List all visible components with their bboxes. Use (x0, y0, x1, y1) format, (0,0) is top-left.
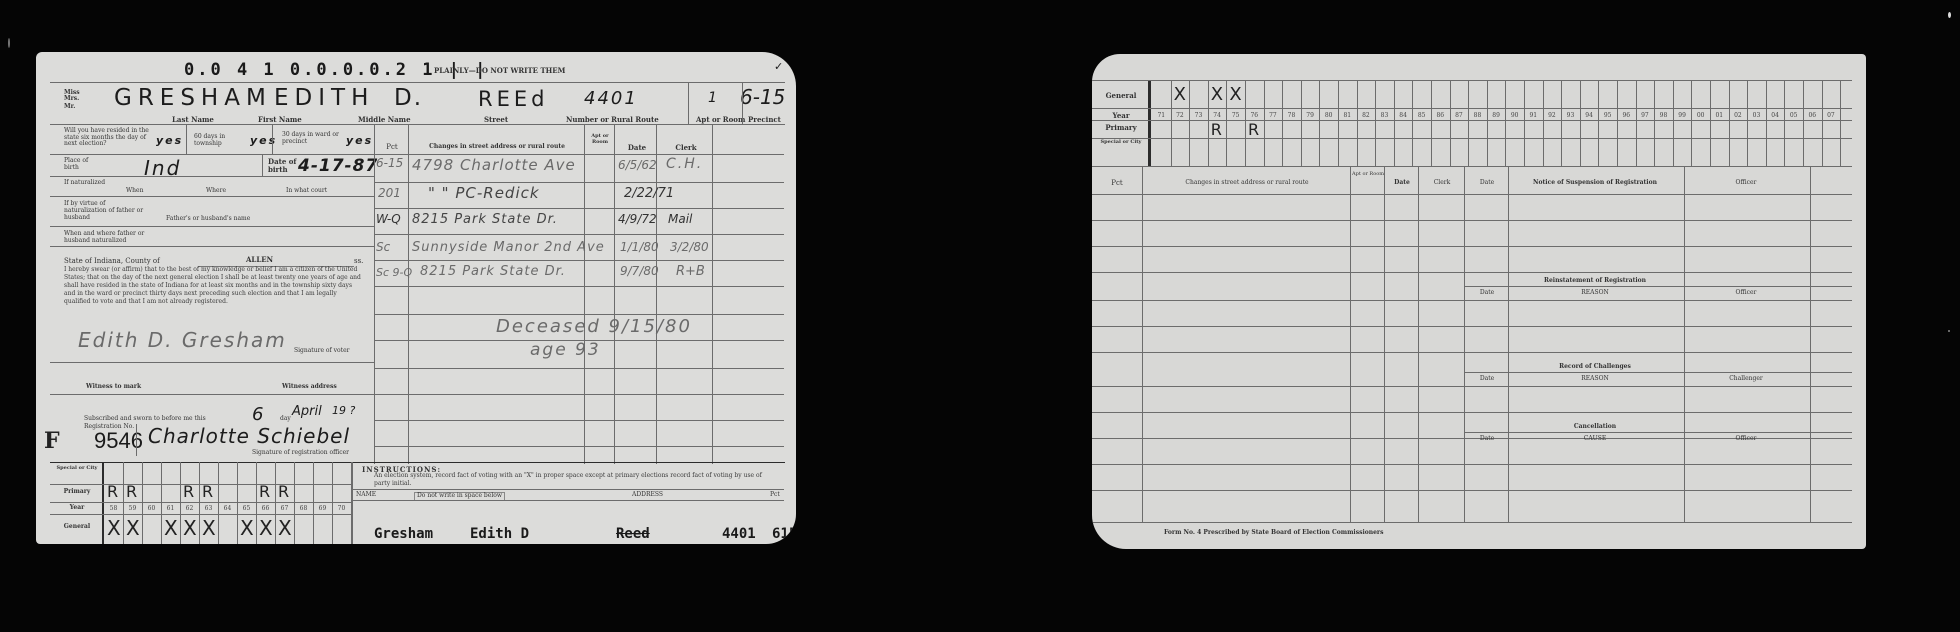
general-vote-mark: X (1174, 84, 1186, 105)
ss-label: ss. (354, 258, 363, 266)
general-vote-mark: X (183, 516, 197, 540)
salutation-mr: Mr. (64, 104, 75, 111)
ward-question: 30 days in ward or precinct (282, 132, 342, 145)
registration-card-front: 0.0 4 1 0.0.0.0.2 1 | | PLAINLY—DO NOT W… (36, 52, 796, 544)
back-grid-year: 79 (1301, 112, 1320, 119)
changes-header-date: Date (618, 144, 656, 152)
back-grid-year: 94 (1580, 112, 1599, 119)
front-grid-year: 60 (142, 505, 161, 512)
front-grid-year: 70 (332, 505, 351, 512)
front-grid-label-primary: Primary (54, 489, 100, 496)
change-row-4-address: Sunnyside Manor 2nd Ave (412, 240, 605, 255)
front-grid-label-special: Special or City (54, 466, 100, 472)
back-grid-year: 07 (1822, 112, 1841, 119)
back-grid-label-special: Special or City (1096, 140, 1146, 146)
front-grid-year: 69 (313, 505, 332, 512)
front-grid-year: 68 (294, 505, 313, 512)
county-value: ALLEN (246, 256, 273, 264)
suspension-header-officer: Officer (1686, 180, 1806, 187)
back-grid-year: 71 (1152, 112, 1171, 119)
front-grid-label-year: Year (54, 505, 100, 512)
reinstatement-header-reason: REASON (1510, 290, 1680, 297)
general-vote-mark: X (1229, 84, 1241, 105)
year-value: 19 ? (332, 404, 355, 417)
back-grid-label-general: General (1096, 92, 1146, 100)
day-label: day (280, 416, 291, 423)
back-grid-year: 74 (1208, 112, 1227, 119)
first-name-value: EDITH (274, 85, 374, 111)
typed-first-middle: Edith D (470, 526, 529, 542)
back-grid-year: 88 (1468, 112, 1487, 119)
back-grid-year: 03 (1747, 112, 1766, 119)
challenges-header-reason: REASON (1510, 376, 1680, 383)
back-grid-year: 89 (1487, 112, 1506, 119)
change-row-5-clerk: R+B (676, 264, 705, 279)
suspension-header-notice: Notice of Suspension of Registration (1510, 180, 1680, 187)
scan-artifact (1948, 12, 1951, 18)
back-grid-year: 87 (1450, 112, 1469, 119)
check-mark: ✓ (774, 60, 783, 73)
month-value: April (292, 404, 322, 419)
back-changes-header-clerk: Clerk (1420, 180, 1464, 187)
front-grid-year: 65 (237, 505, 256, 512)
naturalized-court-label: In what court (286, 188, 327, 195)
front-grid-year: 63 (199, 505, 218, 512)
oath-text: I hereby swear (or affirm) that to the b… (64, 266, 364, 306)
back-grid-label-primary: Primary (1096, 124, 1146, 132)
change-row-2-address: " " PC-Redick (428, 184, 540, 202)
change-row-4-clerk: 3/2/80 (670, 240, 709, 254)
age-annotation: age 93 (530, 340, 601, 360)
apt-label: Apt or Room (696, 116, 745, 124)
street-label: Street (484, 116, 508, 124)
front-grid-year: 62 (180, 505, 199, 512)
cancellation-header-cause: CAUSE (1510, 436, 1680, 443)
primary-vote-mark: R (1248, 120, 1259, 139)
typed-last-name: Gresham (374, 526, 433, 542)
change-row-1-date: 6/5/62 (618, 158, 657, 172)
back-grid-year: 83 (1375, 112, 1394, 119)
general-vote-mark: X (202, 516, 216, 540)
back-grid-year: 92 (1543, 112, 1562, 119)
changes-header-clerk: Clerk (660, 144, 712, 152)
back-changes-header-address: Changes in street address or rural route (1144, 180, 1350, 187)
front-grid-year: 59 (123, 505, 142, 512)
back-grid-year: 91 (1524, 112, 1543, 119)
scan-artifact (1948, 330, 1950, 332)
cancellation-header-officer: Officer (1686, 436, 1806, 443)
birth-place-label: Place of birth (64, 158, 104, 171)
witness-address-label: Witness address (282, 384, 337, 391)
parent-naturalization-label: If by virtue of naturalization of father… (64, 200, 144, 221)
form-footer: Form No. 4 Prescribed by State Board of … (1164, 530, 1383, 537)
parent-name-label: Father's or husband's name (166, 216, 250, 223)
change-row-3-clerk: Mail (668, 212, 692, 226)
back-grid-year: 00 (1691, 112, 1710, 119)
scan-artifact (8, 38, 10, 48)
general-vote-mark: X (1211, 84, 1223, 105)
birth-date-label: Date of birth (268, 158, 298, 173)
change-row-4-date: 1/1/80 (620, 240, 659, 254)
cancellation-title: Cancellation (1510, 424, 1680, 431)
front-grid-label-general: General (54, 524, 100, 531)
naturalized-when-label: When (126, 188, 143, 195)
front-grid-year: 61 (161, 505, 180, 512)
back-grid-year: 06 (1803, 112, 1822, 119)
back-grid-year: 73 (1189, 112, 1208, 119)
primary-vote-mark: R (278, 482, 289, 501)
back-changes-header-pct: Pct (1092, 180, 1142, 188)
changes-header-address: Changes in street address or rural route (412, 144, 582, 151)
back-grid-year: 81 (1338, 112, 1357, 119)
back-grid-year: 02 (1729, 112, 1748, 119)
voter-signature-label: Signature of voter (294, 348, 350, 355)
primary-vote-mark: R (259, 482, 270, 501)
change-row-1-address: 4798 Charlotte Ave (412, 156, 576, 174)
apt-value: 1 (708, 90, 719, 106)
primary-vote-mark: R (107, 482, 118, 501)
house-number-value: 4401 (584, 88, 638, 109)
back-grid-year: 76 (1245, 112, 1264, 119)
change-row-4-pct: Sc (376, 240, 390, 254)
street-value: REEd (478, 87, 548, 111)
back-grid-year: 97 (1636, 112, 1655, 119)
letter-code: F (44, 428, 60, 454)
back-grid-year: 85 (1412, 112, 1431, 119)
back-grid-year: 95 (1598, 112, 1617, 119)
back-grid-year: 80 (1319, 112, 1338, 119)
general-vote-mark: X (278, 516, 292, 540)
naturalized-where-label: Where (206, 188, 226, 195)
typed-precinct: 615 (772, 526, 796, 542)
front-grid-year: 66 (256, 505, 275, 512)
back-grid-year: 93 (1561, 112, 1580, 119)
change-row-3-date: 4/9/72 (618, 212, 657, 226)
general-vote-mark: X (107, 516, 121, 540)
reinstatement-title: Reinstatement of Registration (1510, 278, 1680, 285)
changes-header-pct: Pct (376, 144, 408, 152)
suspension-header-date: Date (1466, 180, 1508, 187)
front-grid-year: 67 (275, 505, 294, 512)
day-value: 6 (252, 404, 265, 425)
general-vote-mark: X (126, 516, 140, 540)
challenges-title: Record of Challenges (1510, 364, 1680, 371)
witness-label: Witness to mark (86, 384, 141, 391)
precinct-value: 6-15 (740, 85, 785, 109)
back-grid-year: 05 (1784, 112, 1803, 119)
back-grid-year: 04 (1766, 112, 1785, 119)
change-row-5-pct: Sc 9-Q (376, 266, 412, 279)
primary-vote-mark: R (183, 482, 194, 501)
back-grid-year: 77 (1264, 112, 1283, 119)
typed-street: Reed (616, 526, 650, 542)
back-grid-year: 01 (1710, 112, 1729, 119)
typed-number: 4401 (722, 526, 756, 542)
back-grid-year: 96 (1617, 112, 1636, 119)
naturalized-label: If naturalized (64, 180, 105, 187)
change-row-2-pct: 201 (378, 186, 401, 200)
back-grid-year: 78 (1282, 112, 1301, 119)
back-grid-year: 84 (1394, 112, 1413, 119)
general-vote-mark: X (240, 516, 254, 540)
printed-notice: PLAINLY—DO NOT WRITE THEM (434, 67, 565, 75)
footer-label-address: ADDRESS (632, 492, 663, 499)
back-grid-year: 99 (1673, 112, 1692, 119)
change-row-5-address: 8215 Park State Dr. (420, 264, 566, 279)
back-changes-header-apt: Apt or Room (1352, 172, 1384, 178)
footer-label-pct: Pct (770, 492, 780, 499)
state-residency-question: Will you have resided in the state six m… (64, 128, 154, 148)
footer-label-name: NAME (356, 492, 376, 499)
registration-card-back: General Year Primary Special or City 717… (1092, 54, 1866, 549)
primary-vote-mark: R (1211, 120, 1222, 139)
subscribed-label: Subscribed and sworn to before me this (84, 416, 206, 423)
front-grid-year: 58 (104, 505, 123, 512)
state-county-label: State of Indiana, County of (64, 258, 160, 266)
township-answer: yes (250, 134, 277, 147)
middle-name-value: D. (394, 85, 423, 111)
change-row-5-date: 9/7/80 (620, 264, 659, 278)
change-row-3-pct: W-Q (376, 212, 401, 226)
voter-signature: Edith D. Gresham (78, 328, 287, 352)
changes-header-apt: Apt or Room (586, 134, 614, 145)
reinstatement-header-date: Date (1466, 290, 1508, 297)
ward-answer: yes (346, 134, 373, 147)
last-name-label: Last Name (172, 116, 214, 124)
salutation-mrs: Mrs. (64, 96, 79, 103)
back-grid-year: 75 (1226, 112, 1245, 119)
challenges-header-challenger: Challenger (1686, 376, 1806, 383)
back-changes-header-date: Date (1386, 180, 1418, 187)
instructions-text: An election system, record fact of votin… (374, 472, 774, 488)
back-grid-year: 82 (1357, 112, 1376, 119)
change-row-2-date: 2/22/71 (624, 186, 674, 201)
precinct-label: Precinct (748, 116, 781, 124)
last-name-value: GRESHAM (114, 85, 272, 111)
general-vote-mark: X (259, 516, 273, 540)
back-grid-year: 86 (1431, 112, 1450, 119)
number-label: Number or Rural Route (566, 116, 659, 124)
primary-vote-mark: R (126, 482, 137, 501)
officer-signature: Charlotte Schiebel (148, 424, 350, 448)
back-grid-year: 98 (1654, 112, 1673, 119)
change-row-1-pct: 6-15 (376, 156, 403, 170)
birth-date-value: 4-17-87 (298, 156, 378, 176)
reinstatement-header-officer: Officer (1686, 290, 1806, 297)
back-grid-label-year: Year (1096, 112, 1146, 120)
front-grid-year: 64 (218, 505, 237, 512)
parent-when-label: When and where father or husband natural… (64, 230, 154, 244)
change-row-3-address: 8215 Park State Dr. (412, 212, 558, 227)
middle-name-label: Middle Name (358, 116, 411, 124)
challenges-header-date: Date (1466, 376, 1508, 383)
township-question: 60 days in township (194, 134, 244, 147)
state-residency-answer: yes (156, 134, 183, 147)
primary-vote-mark: R (202, 482, 213, 501)
cancellation-header-date: Date (1466, 436, 1508, 443)
change-row-1-clerk: C.H. (666, 156, 703, 172)
first-name-label: First Name (258, 116, 302, 124)
general-vote-mark: X (164, 516, 178, 540)
back-grid-year: 72 (1171, 112, 1190, 119)
deceased-annotation: Deceased 9/15/80 (496, 316, 692, 337)
back-grid-year: 90 (1505, 112, 1524, 119)
officer-signature-label: Signature of registration officer (252, 450, 349, 457)
